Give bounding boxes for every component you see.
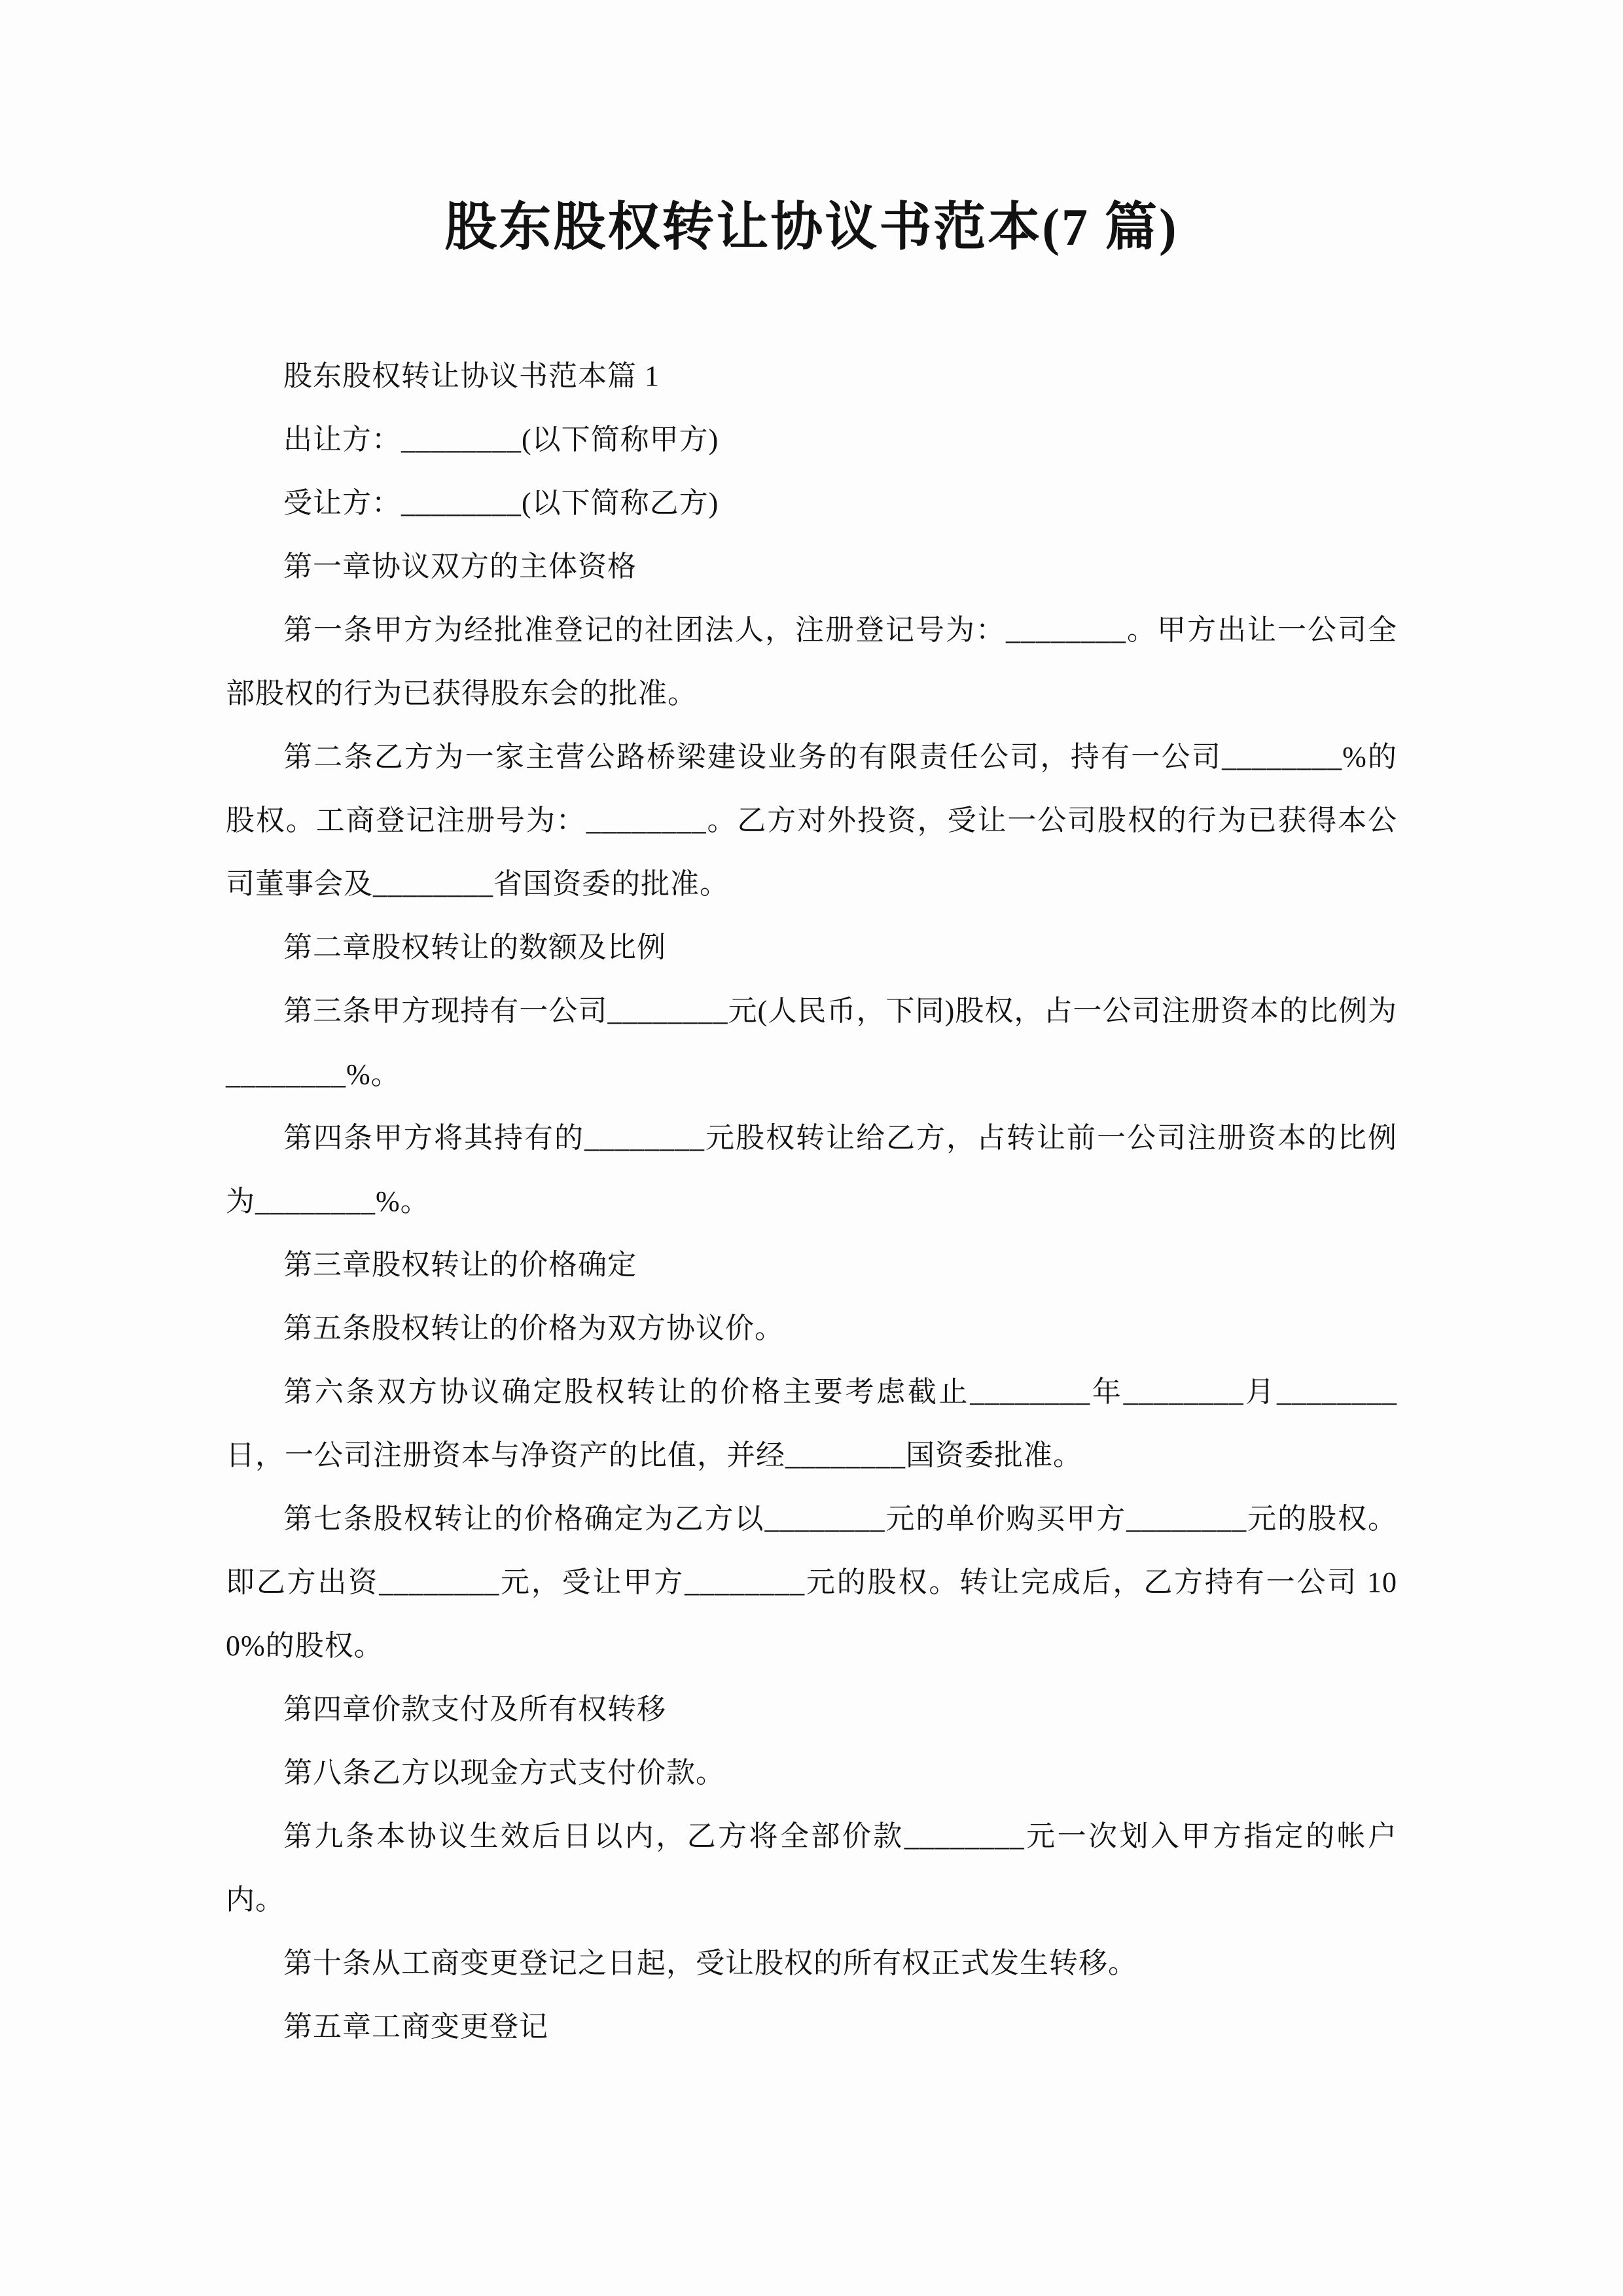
paragraph-article-5: 第五条股权转让的价格为双方协议价。 (226, 1297, 1397, 1360)
paragraph-article-8: 第八条乙方以现金方式支付价款。 (226, 1741, 1397, 1804)
paragraph-chapter-4-heading: 第四章价款支付及所有权转移 (226, 1677, 1397, 1741)
paragraph-article-10: 第十条从工商变更登记之日起，受让股权的所有权正式发生转移。 (226, 1931, 1397, 1995)
paragraph-transferor-line: 出让方：________(以下简称甲方) (226, 408, 1397, 471)
paragraph-article-7: 第七条股权转让的价格确定为乙方以________元的单价购买甲方________… (226, 1487, 1397, 1677)
paragraph-chapter-2-heading: 第二章股权转让的数额及比例 (226, 916, 1397, 979)
paragraph-sample-heading: 股东股权转让协议书范本篇 1 (226, 344, 1397, 408)
paragraph-transferee-line: 受让方：________(以下简称乙方) (226, 471, 1397, 535)
document-page: 股东股权转让协议书范本(7 篇) 股东股权转让协议书范本篇 1 出让方：____… (0, 0, 1623, 2296)
paragraph-chapter-5-heading: 第五章工商变更登记 (226, 1995, 1397, 2058)
paragraph-chapter-3-heading: 第三章股权转让的价格确定 (226, 1233, 1397, 1297)
paragraph-article-1: 第一条甲方为经批准登记的社团法人，注册登记号为：________。甲方出让一公司… (226, 598, 1397, 725)
paragraph-article-4: 第四条甲方将其持有的________元股权转让给乙方，占转让前一公司注册资本的比… (226, 1106, 1397, 1233)
paragraph-article-6: 第六条双方协议确定股权转让的价格主要考虑截止________年________月… (226, 1360, 1397, 1487)
paragraph-chapter-1-heading: 第一章协议双方的主体资格 (226, 535, 1397, 598)
paragraph-article-2: 第二条乙方为一家主营公路桥梁建设业务的有限责任公司，持有一公司________%… (226, 725, 1397, 916)
paragraph-article-9: 第九条本协议生效后日以内，乙方将全部价款________元一次划入甲方指定的帐户… (226, 1804, 1397, 1931)
paragraph-article-3: 第三条甲方现持有一公司________元(人民币，下同)股权，占一公司注册资本的… (226, 979, 1397, 1106)
document-title: 股东股权转让协议书范本(7 篇) (226, 196, 1397, 259)
